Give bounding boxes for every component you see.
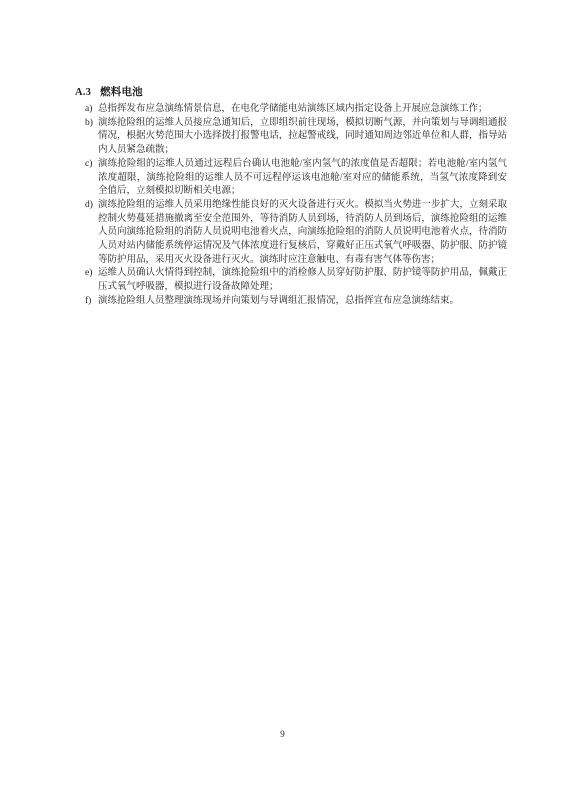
list-item-text: 运维人员确认火情得到控制，演练抢险组中的消检修人员穿好防护服、防护镜等防护用品，… [98, 267, 507, 294]
list-item-label: b) [85, 117, 98, 131]
list-item: c) 演练抢险组的运维人员通过远程后台确认电池舱/室内氢气的浓度值是否超限；若电… [85, 158, 507, 199]
list-item-label: c) [85, 158, 98, 172]
page-number: 9 [0, 729, 565, 739]
document-page: A.3燃料电池 a) 总指挥发布应急演练情景信息，在电化学储能电站演练区域内指定… [0, 0, 565, 800]
list-item: e) 运维人员确认火情得到控制，演练抢险组中的消检修人员穿好防护服、防护镜等防护… [85, 267, 507, 294]
list-item-text: 演练抢险组的运维人员采用绝缘性能良好的灭火设备进行灭火。模拟当火势进一步扩大，立… [98, 199, 507, 268]
list-item-text: 演练抢险组的运维人员通过远程后台确认电池舱/室内氢气的浓度值是否超限；若电池舱/… [98, 158, 507, 199]
list-item: d) 演练抢险组的运维人员采用绝缘性能良好的灭火设备进行灭火。模拟当火势进一步扩… [85, 199, 507, 268]
list-item-label: a) [85, 103, 98, 117]
section-number: A.3 [75, 86, 91, 100]
list-item-text: 演练抢险组人员整理演练现场并向策划与导调组汇报情况，总指挥宣布应急演练结束。 [98, 295, 507, 309]
procedure-list: a) 总指挥发布应急演练情景信息，在电化学储能电站演练区域内指定设备上开展应急演… [85, 103, 507, 309]
list-item: a) 总指挥发布应急演练情景信息，在电化学储能电站演练区域内指定设备上开展应急演… [85, 103, 507, 117]
list-item: b) 演练抢险组的运维人员接应急通知后，立即组织前往现场，模拟切断气源，并向策划… [85, 117, 507, 158]
list-item-label: f) [85, 295, 98, 309]
list-item-text: 演练抢险组的运维人员接应急通知后，立即组织前往现场，模拟切断气源，并向策划与导调… [98, 117, 507, 158]
section-heading: A.3燃料电池 [75, 86, 507, 100]
list-item-label: d) [85, 199, 98, 213]
section-title: 燃料电池 [100, 87, 143, 98]
list-item-label: e) [85, 267, 98, 281]
document-content: A.3燃料电池 a) 总指挥发布应急演练情景信息，在电化学储能电站演练区域内指定… [75, 86, 507, 309]
list-item: f) 演练抢险组人员整理演练现场并向策划与导调组汇报情况，总指挥宣布应急演练结束… [85, 295, 507, 309]
list-item-text: 总指挥发布应急演练情景信息，在电化学储能电站演练区域内指定设备上开展应急演练工作… [98, 103, 507, 117]
